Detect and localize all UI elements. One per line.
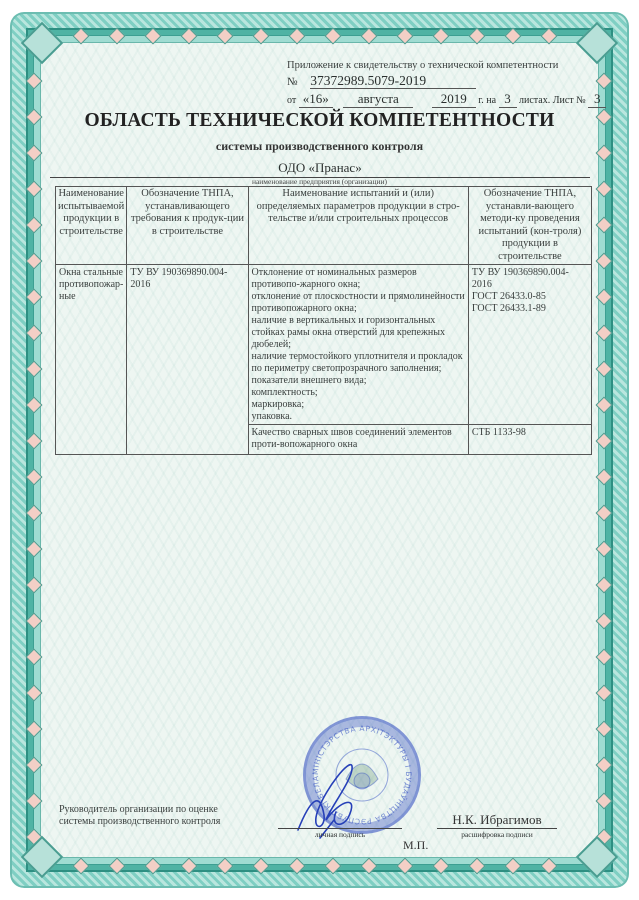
test-parameters-cell: Отклонение от номинальных размеров проти… — [248, 265, 468, 425]
test-method-standard: ТУ ВУ 190369890.004-2016 — [472, 267, 588, 291]
sheets-label: листах. — [519, 95, 550, 106]
certificate-number: 37372989.5079-2019 — [310, 73, 476, 89]
signature-line — [278, 828, 402, 829]
test-method-standard: СТБ 1133-98 — [472, 427, 588, 439]
header-product: Наименование испытываемой продукции в ст… — [56, 187, 127, 265]
name-line — [437, 828, 557, 829]
name-caption: расшифровка подписи — [437, 830, 557, 839]
date-month: августа — [343, 91, 413, 108]
organization-caption: наименование предприятия (организации) — [0, 177, 639, 186]
product-name: Окна стальные противопожар-ные — [56, 265, 127, 455]
signer-title-line2: системы производственного контроля — [59, 816, 220, 828]
signer-name: Н.К. Ибрагимов — [437, 812, 557, 828]
stamp-place-mark: М.П. — [403, 838, 428, 853]
document-subtitle: системы производственного контроля — [0, 139, 639, 154]
test-parameter: наличие термостойкого уплотнителя и прок… — [252, 351, 465, 375]
test-method-cell: СТБ 1133-98 — [468, 425, 591, 455]
date-prefix: от — [287, 95, 296, 106]
test-parameter: маркировка; — [252, 399, 465, 411]
date-line: от «16» августа 2019 г. на 3 листах. Лис… — [287, 91, 606, 108]
competence-table: Наименование испытываемой продукции в ст… — [55, 186, 592, 455]
header-product-standard: Обозначение ТНПА, устанавливающего требо… — [127, 187, 248, 265]
test-parameter: Качество сварных швов соединений элемент… — [252, 427, 465, 451]
signature-caption: личная подпись — [278, 830, 402, 839]
number-prefix: № — [287, 76, 298, 88]
test-parameter: наличие в вертикальных и горизонтальных … — [252, 315, 465, 351]
sheet-number: 3 — [588, 91, 606, 108]
header-test-method: Обозначение ТНПА, устанавли-вающего мето… — [468, 187, 591, 265]
test-parameter: отклонение от плоскостности и прямолиней… — [252, 291, 465, 315]
test-parameter: Отклонение от номинальных размеров проти… — [252, 267, 465, 291]
test-parameters-cell: Качество сварных швов соединений элемент… — [248, 425, 468, 455]
year-suffix: г. на — [478, 95, 496, 106]
test-parameter: показатели внешнего вида; — [252, 375, 465, 387]
test-parameter: упаковка. — [252, 411, 465, 423]
date-year: 2019 — [432, 91, 476, 108]
test-method-standard: ГОСТ 26433.0-85 — [472, 291, 588, 303]
sheet-label: Лист № — [553, 95, 586, 106]
signer-title-line1: Руководитель организации по оценке — [59, 804, 220, 816]
signer-title: Руководитель организации по оценке систе… — [59, 804, 220, 828]
date-day: «16» — [299, 91, 333, 108]
product-standard: ТУ ВУ 190369890.004-2016 — [127, 265, 248, 455]
header-test-parameters: Наименование испытаний и (или) определяе… — [248, 187, 468, 265]
table-row: Окна стальные противопожар-ные ТУ ВУ 190… — [56, 265, 592, 425]
appendix-label: Приложение к свидетельству о технической… — [287, 60, 558, 71]
certificate-number-line: № 37372989.5079-2019 — [287, 73, 476, 89]
test-method-cell: ТУ ВУ 190369890.004-2016ГОСТ 26433.0-85Г… — [468, 265, 591, 425]
document-title: ОБЛАСТЬ ТЕХНИЧЕСКОЙ КОМПЕТЕНТНОСТИ — [0, 110, 639, 132]
test-parameter: комплектность; — [252, 387, 465, 399]
test-method-standard: ГОСТ 26433.1-89 — [472, 303, 588, 315]
organization-name: ОДО «Пранас» — [50, 160, 590, 178]
sheets-total: 3 — [499, 91, 517, 108]
table-header-row: Наименование испытываемой продукции в ст… — [56, 187, 592, 265]
